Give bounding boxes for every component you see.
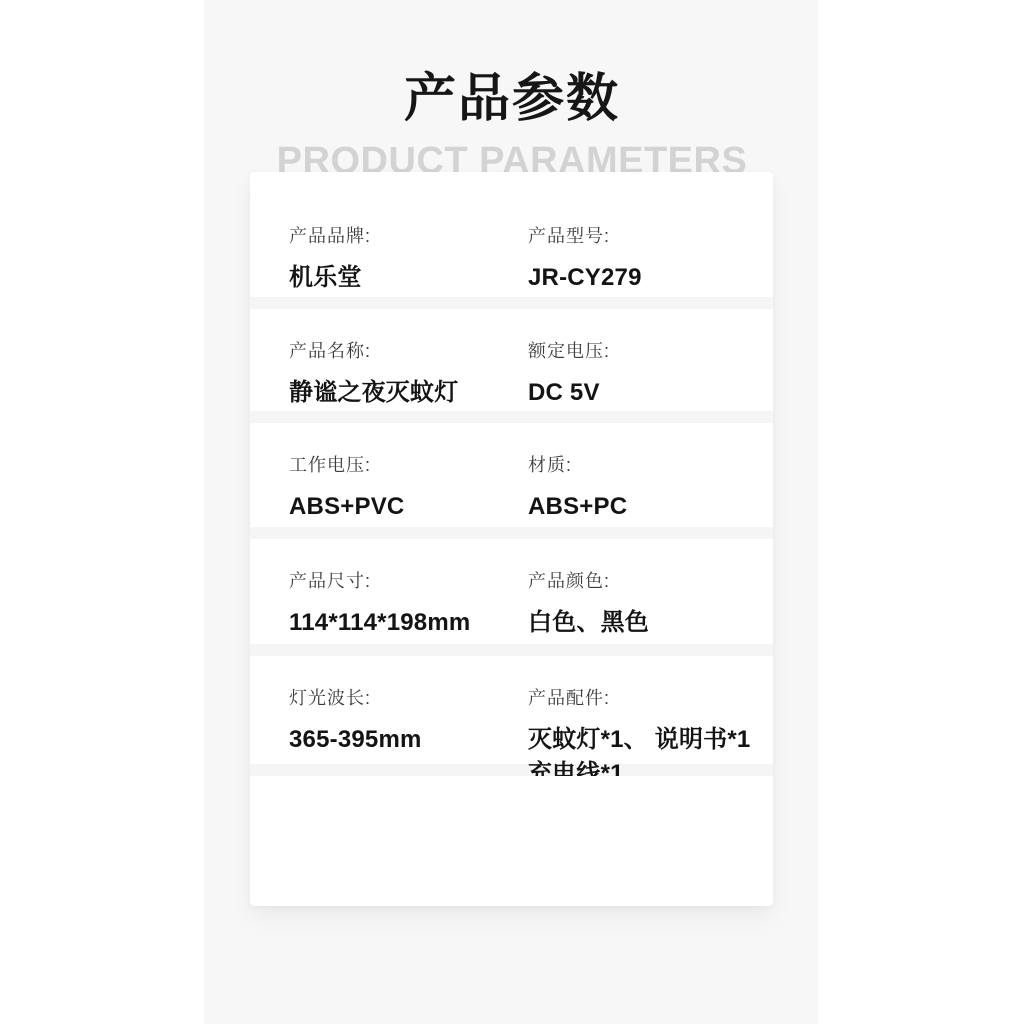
spec-label-name: 产品名称: xyxy=(289,337,516,363)
spec-value-name: 静谧之夜灭蚊灯 xyxy=(289,376,516,410)
spec-row-wavelength-accessories: 灯光波长: 365-395mm 产品配件: 灭蚊灯*1、 说明书*1 充电线*1 xyxy=(250,656,773,764)
spec-value-material: ABS+PC xyxy=(528,490,755,524)
spec-cell-name: 产品名称: 静谧之夜灭蚊灯 xyxy=(250,337,528,411)
spec-cell-color: 产品颜色: 白色、黑色 xyxy=(528,567,773,644)
card-footer xyxy=(250,776,773,906)
spec-cell-material: 材质: ABS+PC xyxy=(528,451,773,527)
spec-row-name-voltage: 产品名称: 静谧之夜灭蚊灯 额定电压: DC 5V xyxy=(250,309,773,411)
spec-label-material: 材质: xyxy=(528,451,755,477)
spec-value-brand: 机乐堂 xyxy=(289,261,516,295)
spec-label-color: 产品颜色: xyxy=(528,567,755,593)
spec-value-model: JR-CY279 xyxy=(528,261,755,295)
spec-label-model: 产品型号: xyxy=(528,222,755,248)
spec-row-size-color: 产品尺寸: 114*114*198mm 产品颜色: 白色、黑色 xyxy=(250,539,773,644)
spec-row-brand-model: 产品品牌: 机乐堂 产品型号: JR-CY279 xyxy=(250,172,773,297)
spec-label-wavelength: 灯光波长: xyxy=(289,684,516,710)
spec-cell-model: 产品型号: JR-CY279 xyxy=(528,222,773,297)
page-title: 产品参数 xyxy=(0,56,1024,131)
spec-cell-accessories: 产品配件: 灭蚊灯*1、 说明书*1 充电线*1 xyxy=(528,684,773,790)
spec-cell-size: 产品尺寸: 114*114*198mm xyxy=(250,567,528,644)
spec-label-brand: 产品品牌: xyxy=(289,222,516,248)
spec-value-wavelength: 365-395mm xyxy=(289,723,516,757)
spec-label-accessories: 产品配件: xyxy=(528,684,755,710)
spec-row-working-voltage-material: 工作电压: ABS+PVC 材质: ABS+PC xyxy=(250,423,773,527)
spec-label-rated-voltage: 额定电压: xyxy=(528,337,755,363)
spec-value-color: 白色、黑色 xyxy=(528,606,755,640)
spec-label-size: 产品尺寸: xyxy=(289,567,516,593)
spec-value-rated-voltage: DC 5V xyxy=(528,376,755,410)
spec-cell-brand: 产品品牌: 机乐堂 xyxy=(250,222,528,297)
spec-card: 产品品牌: 机乐堂 产品型号: JR-CY279 产品名称: 静谧之夜灭蚊灯 额… xyxy=(250,172,773,906)
spec-label-working-voltage: 工作电压: xyxy=(289,451,516,477)
spec-value-working-voltage: ABS+PVC xyxy=(289,490,516,524)
spec-cell-wavelength: 灯光波长: 365-395mm xyxy=(250,684,528,790)
product-parameters-page: 产品参数 PRODUCT PARAMETERS 产品品牌: 机乐堂 产品型号: … xyxy=(0,0,1024,1024)
spec-cell-working-voltage: 工作电压: ABS+PVC xyxy=(250,451,528,527)
spec-cell-rated-voltage: 额定电压: DC 5V xyxy=(528,337,773,411)
spec-value-size: 114*114*198mm xyxy=(289,606,516,640)
